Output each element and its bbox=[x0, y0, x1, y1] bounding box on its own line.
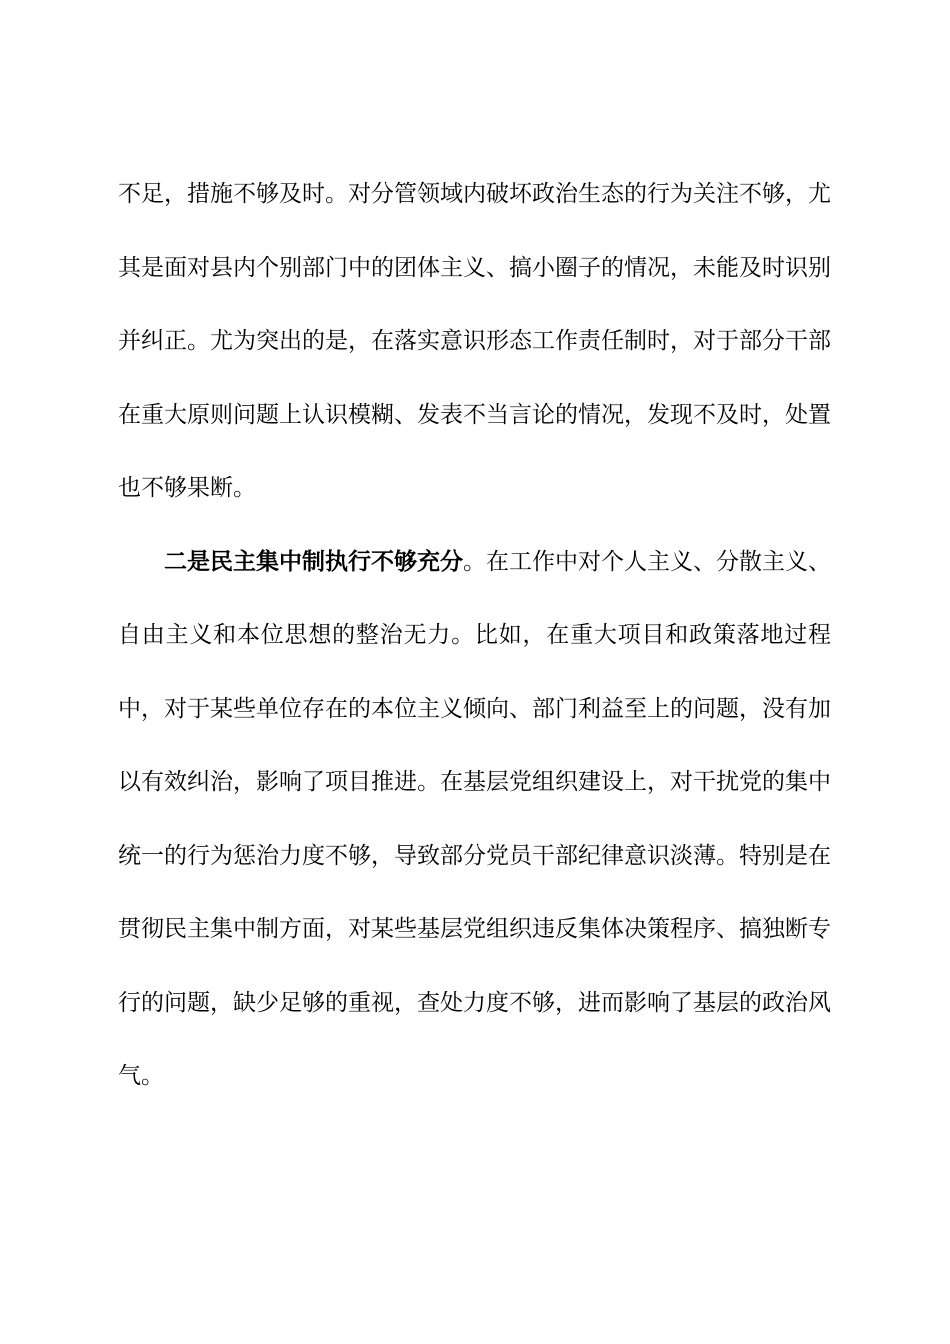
paragraph-point-two: 二是民主集中制执行不够充分。在工作中对个人主义、分散主义、自由主义和本位思想的整… bbox=[118, 525, 831, 1113]
document-body: 不足，措施不够及时。对分管领域内破坏政治生态的行为关注不够，尤其是面对县内个别部… bbox=[118, 157, 831, 1113]
paragraph-text: 。在工作中对个人主义、分散主义、自由主义和本位思想的整治无力。比如，在重大项目和… bbox=[118, 549, 831, 1089]
paragraph-continuation: 不足，措施不够及时。对分管领域内破坏政治生态的行为关注不够，尤其是面对县内个别部… bbox=[118, 157, 831, 525]
paragraph-lead-bold: 二是民主集中制执行不够充分 bbox=[164, 549, 463, 574]
paragraph-text: 不足，措施不够及时。对分管领域内破坏政治生态的行为关注不够，尤其是面对县内个别部… bbox=[118, 181, 831, 500]
document-page: 不足，措施不够及时。对分管领域内破坏政治生态的行为关注不够，尤其是面对县内个别部… bbox=[0, 0, 950, 1344]
